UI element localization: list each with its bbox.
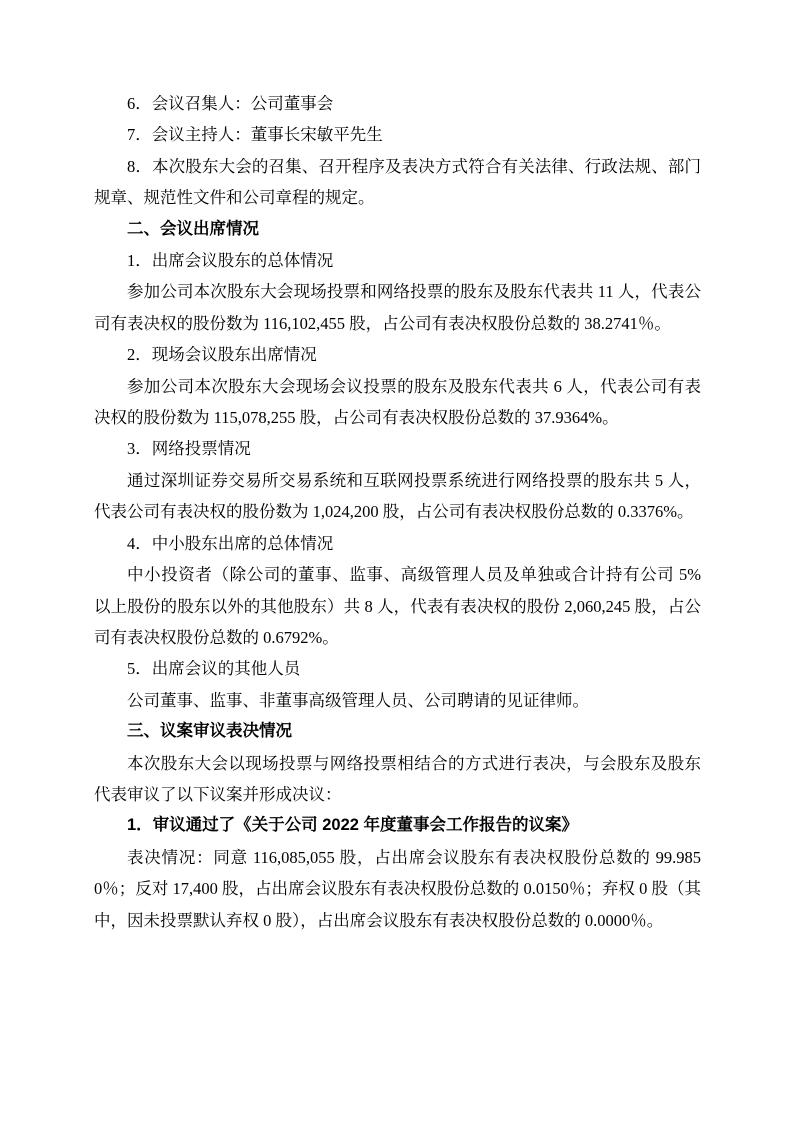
paragraph: 6．会议召集人：公司董事会 (94, 88, 701, 119)
paragraph: 7．会议主持人：董事长宋敏平先生 (94, 119, 701, 150)
paragraph: 参加公司本次股东大会现场会议投票的股东及股东代表共 6 人，代表公司有表决权的股… (94, 371, 701, 434)
paragraph: 1．出席会议股东的总体情况 (94, 245, 701, 276)
document-body: 6．会议召集人：公司董事会7．会议主持人：董事长宋敏平先生8．本次股东大会的召集… (94, 88, 701, 936)
paragraph: 3．网络投票情况 (94, 433, 701, 464)
paragraph: 4．中小股东出席的总体情况 (94, 528, 701, 559)
paragraph: 公司董事、监事、非董事高级管理人员、公司聘请的见证律师。 (94, 685, 701, 716)
section-heading: 二、会议出席情况 (94, 214, 701, 245)
paragraph: 5．出席会议的其他人员 (94, 653, 701, 684)
paragraph: 本次股东大会以现场投票与网络投票相结合的方式进行表决，与会股东及股东代表审议了以… (94, 748, 701, 811)
paragraph: 表决情况：同意 116,085,055 股，占出席会议股东有表决权股份总数的 9… (94, 842, 701, 936)
paragraph: 8．本次股东大会的召集、召开程序及表决方式符合有关法律、行政法规、部门规章、规范… (94, 151, 701, 214)
document-page: 6．会议召集人：公司董事会7．会议主持人：董事长宋敏平先生8．本次股东大会的召集… (0, 0, 793, 1122)
paragraph: 中小投资者（除公司的董事、监事、高级管理人员及单独或合计持有公司 5% 以上股份… (94, 559, 701, 653)
paragraph: 参加公司本次股东大会现场投票和网络投票的股东及股东代表共 11 人，代表公司有表… (94, 276, 701, 339)
paragraph: 2．现场会议股东出席情况 (94, 339, 701, 370)
section-heading: 三、议案审议表决情况 (94, 716, 701, 747)
paragraph: 通过深圳证券交易所交易系统和互联网投票系统进行网络投票的股东共 5 人，代表公司… (94, 465, 701, 528)
proposal-heading: 1．审议通过了《关于公司 2022 年度董事会工作报告的议案》 (94, 810, 701, 841)
